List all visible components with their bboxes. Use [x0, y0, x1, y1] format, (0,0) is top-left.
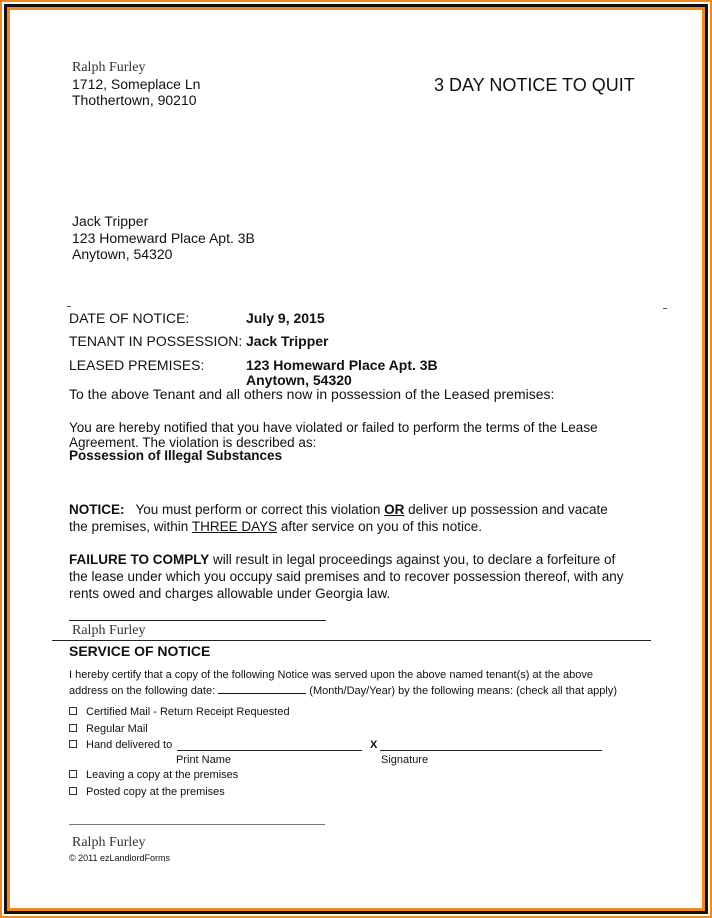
failure-text: will result in legal proceedings against…: [213, 552, 615, 567]
certify-line2-part2: (Month/Day/Year) by the following means:…: [309, 685, 617, 697]
premises-line1: 123 Homeward Place Apt. 3B: [246, 357, 438, 373]
signature-x: X: [370, 739, 377, 751]
notice-or: OR: [384, 502, 404, 517]
sender-name: Ralph Furley: [72, 60, 146, 76]
checkbox[interactable]: [69, 724, 77, 732]
copyright: © 2011 ezLandlordForms: [69, 853, 170, 863]
signature-line-1: [69, 620, 326, 621]
option-leaving-copy[interactable]: Leaving a copy at the premises: [69, 769, 238, 781]
tenant-label: TENANT IN POSSESSION:: [69, 333, 242, 349]
failure-label: FAILURE TO COMPLY: [69, 552, 209, 567]
service-heading: SERVICE OF NOTICE: [69, 643, 210, 659]
signature-line-2: [69, 824, 325, 825]
document-title: 3 DAY NOTICE TO QUIT: [434, 75, 635, 96]
notice-line2-part1: the premises, within: [69, 519, 188, 534]
tenant-value: Jack Tripper: [246, 333, 329, 349]
margin-mark-right: [663, 308, 667, 309]
signature-name-1: Ralph Furley: [72, 623, 146, 639]
checkbox[interactable]: [69, 787, 77, 795]
sender-city-zip: Thothertown, 90210: [72, 92, 197, 108]
signature-name-2: Ralph Furley: [72, 835, 146, 851]
notice-part1: You must perform or correct this violati…: [136, 502, 381, 517]
option-posted-copy[interactable]: Posted copy at the premises: [69, 786, 225, 798]
address-line: To the above Tenant and all others now i…: [69, 386, 554, 402]
service-date-field[interactable]: [218, 683, 306, 694]
signature-field[interactable]: [380, 750, 602, 751]
print-name-field[interactable]: [177, 750, 362, 751]
checkbox[interactable]: [69, 740, 77, 748]
print-name-label: Print Name: [176, 754, 231, 766]
certify-line2: address on the following date: (Month/Da…: [69, 683, 617, 697]
failure-line1: FAILURE TO COMPLY will result in legal p…: [69, 552, 615, 567]
margin-mark-left: [67, 306, 71, 307]
recipient-name: Jack Tripper: [72, 213, 148, 229]
date-of-notice-label: DATE OF NOTICE:: [69, 310, 189, 326]
option-regular-mail[interactable]: Regular Mail: [69, 723, 148, 735]
recipient-street: 123 Homeward Place Apt. 3B: [72, 230, 255, 246]
violation-description: Possession of Illegal Substances: [69, 448, 282, 463]
recipient-city-zip: Anytown, 54320: [72, 246, 172, 262]
checkbox[interactable]: [69, 707, 77, 715]
section-divider: [52, 640, 651, 641]
signature-label: Signature: [381, 754, 428, 766]
sender-street: 1712, Someplace Ln: [72, 76, 200, 92]
certify-line1: I hereby certify that a copy of the foll…: [69, 669, 593, 681]
notice-part2: deliver up possession and vacate: [408, 502, 608, 517]
date-of-notice-value: July 9, 2015: [246, 310, 325, 326]
failure-line2: the lease under which you occupy said pr…: [69, 569, 624, 584]
premises-label: LEASED PREMISES:: [69, 357, 204, 373]
notice-label: NOTICE:: [69, 502, 125, 517]
notice-line2: the premises, within THREE DAYS after se…: [69, 519, 482, 534]
notice-three-days: THREE DAYS: [192, 519, 277, 534]
violation-line1: You are hereby notified that you have vi…: [69, 420, 598, 435]
option-hand-delivered[interactable]: Hand delivered to: [69, 739, 172, 751]
failure-line3: rents owed and charges allowable under G…: [69, 586, 390, 601]
checkbox[interactable]: [69, 770, 77, 778]
option-certified-mail[interactable]: Certified Mail - Return Receipt Requeste…: [69, 706, 290, 718]
notice-line2-part2: after service on you of this notice.: [281, 519, 482, 534]
notice-line1: NOTICE: You must perform or correct this…: [69, 502, 608, 517]
certify-line2-part1: address on the following date:: [69, 685, 215, 697]
